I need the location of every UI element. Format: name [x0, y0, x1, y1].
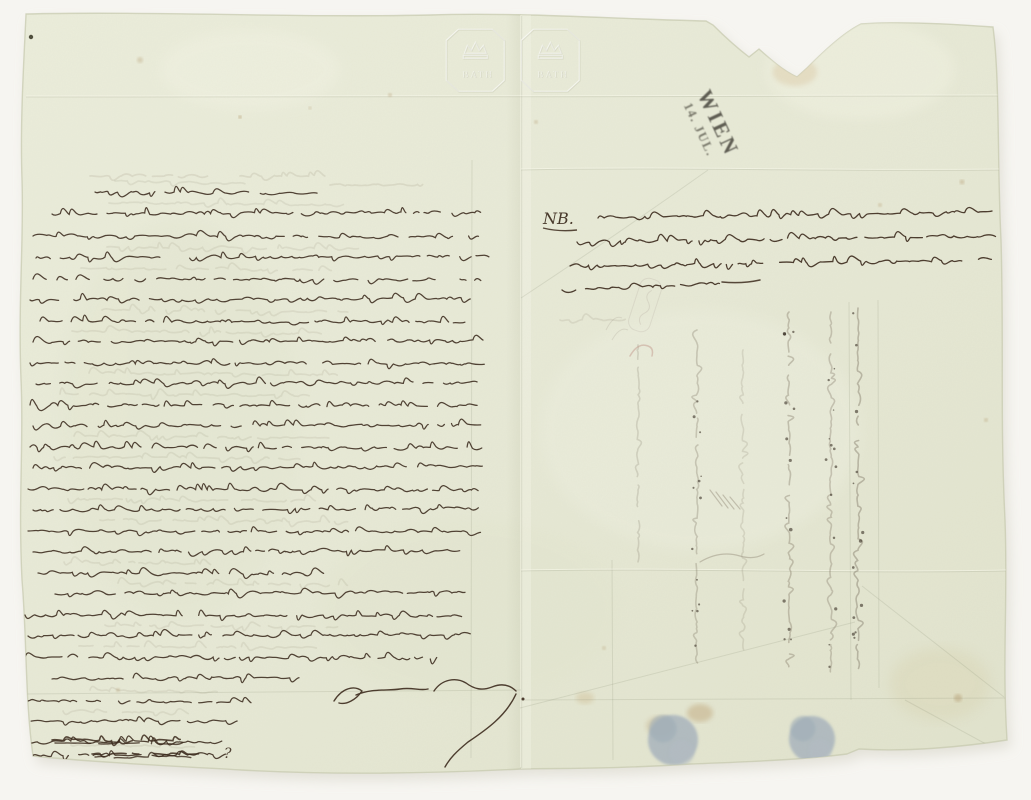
scanned-letter-image: BATH BATH BATH BATH NB. ?: [0, 0, 1031, 800]
letter-scan: BATH BATH BATH BATH NB. ?: [0, 0, 1031, 800]
paper-grain-texture: [10, 8, 1015, 774]
